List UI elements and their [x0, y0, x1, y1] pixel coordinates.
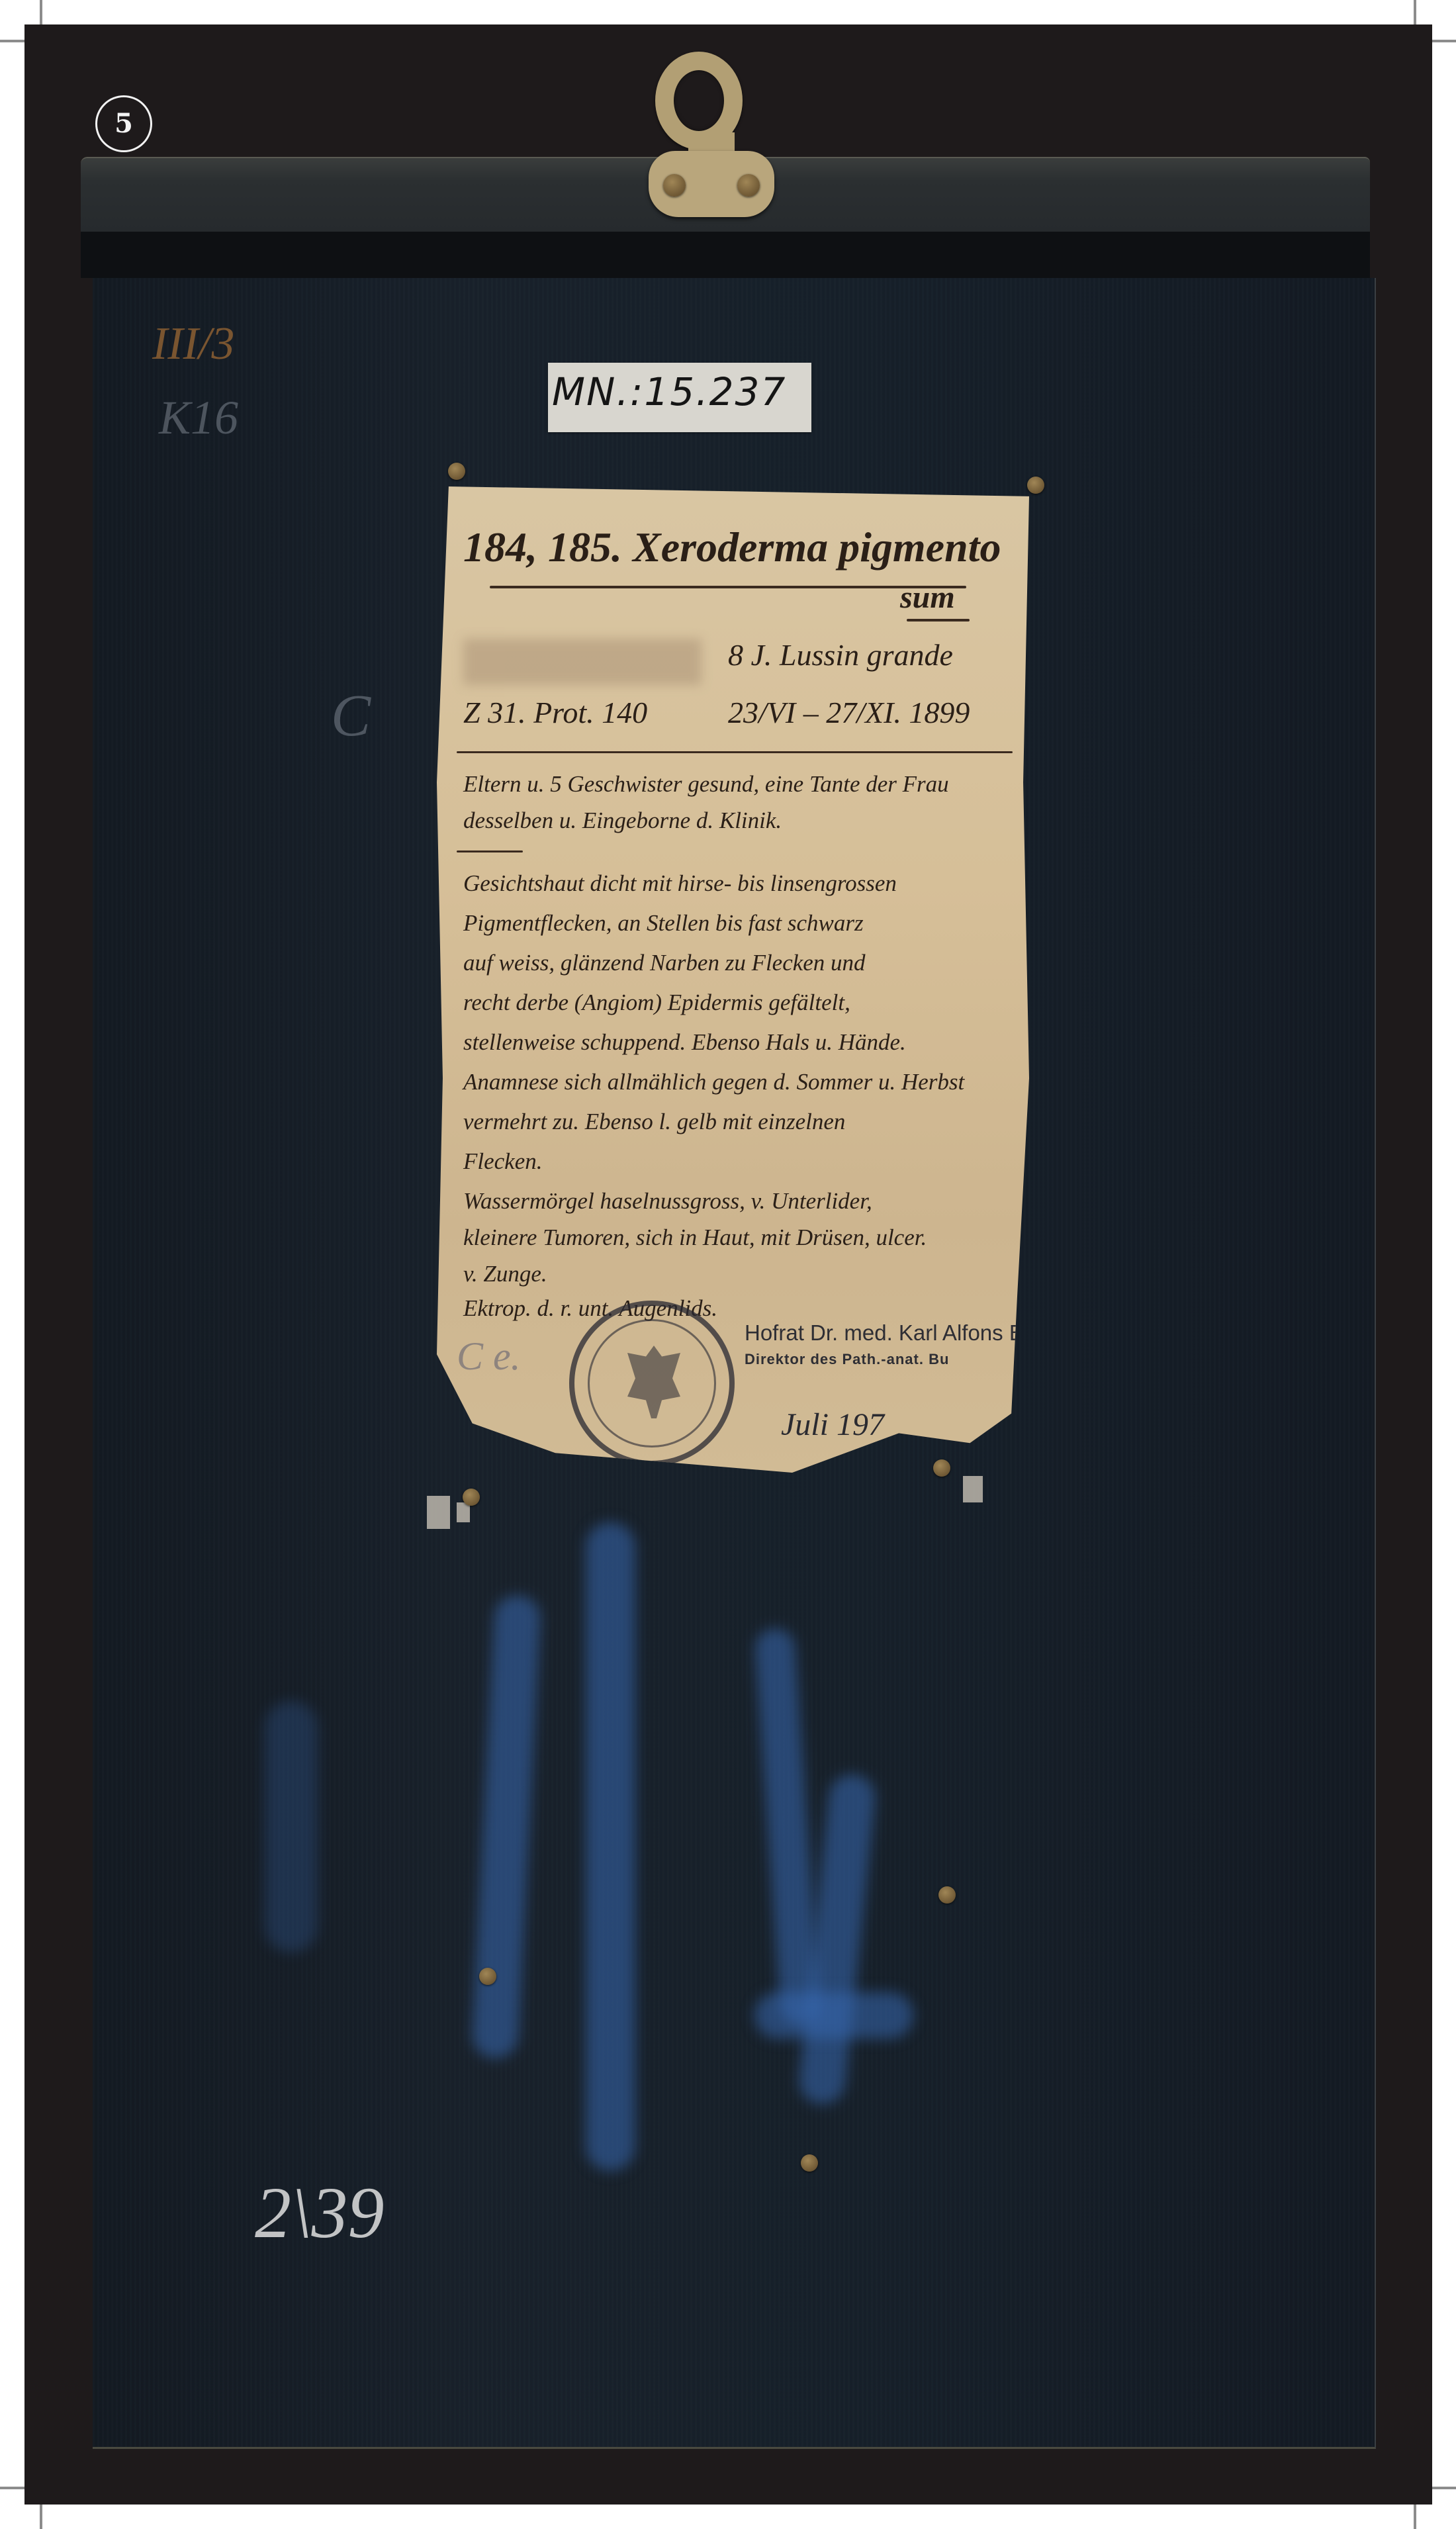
brass-screw: [737, 174, 760, 197]
label-text-line: vermehrt zu. Ebenso l. gelb mit einzelne…: [463, 1109, 1003, 1135]
inventory-tag: MN.:15.237: [548, 363, 811, 432]
figure-number-badge: 5: [95, 95, 152, 152]
label-text-line: desselben u. Eingeborne d. Klinik.: [463, 807, 1003, 834]
white-chalk-marking: C: [331, 682, 371, 750]
redacted-name: [463, 639, 702, 685]
white-chalk-marking: 2\39: [255, 2171, 385, 2255]
label-text-line: v. Zunge.: [463, 1261, 1003, 1287]
label-text-line: Anamnese sich allmählich gegen d. Sommer…: [463, 1069, 1003, 1095]
white-chalk-marking: K16: [159, 391, 238, 445]
label-text-line: Flecken.: [463, 1148, 1003, 1175]
label-text-line: recht derbe (Angiom) Epidermis gefältelt…: [463, 989, 1003, 1016]
title-underline: [907, 619, 970, 621]
inventory-number: MN.:15.237: [552, 369, 786, 414]
eagle-emblem-icon: [627, 1346, 680, 1418]
paint-scrape: [963, 1476, 983, 1502]
paint-scrape: [427, 1496, 450, 1529]
section-divider: [457, 751, 1013, 753]
top-rail-underside: [81, 232, 1370, 278]
label-text-line: Gesichtshaut dicht mit hirse- bis linsen…: [463, 870, 1003, 897]
label-text-line: stellenweise schuppend. Ebenso Hals u. H…: [463, 1029, 1003, 1056]
paint-scrape: [457, 1502, 470, 1522]
brass-screw: [933, 1459, 950, 1477]
label-text-line: auf weiss, glänzend Narben zu Flecken un…: [463, 950, 1003, 976]
brass-screw: [663, 174, 686, 197]
director-title: Direktor des Path.-anat. Bu: [745, 1351, 1024, 1368]
brass-screw: [479, 1968, 496, 1985]
blue-chalk-mark: [471, 1594, 542, 2060]
section-divider: [457, 851, 523, 852]
label-text-line: Wassermörgel haselnussgross, v. Unterlid…: [463, 1188, 1003, 1215]
label-dates: 23/VI – 27/XI. 1899: [728, 695, 1003, 730]
title-underline: [490, 586, 966, 588]
label-text-line: Ektrop. d. r. unt. Augenlids.: [463, 1295, 1003, 1322]
brown-pencil-marking: III/3: [152, 318, 234, 371]
label-text-line: Pigmentflecken, an Stellen bis fast schw…: [463, 910, 1003, 937]
brass-screw: [1027, 477, 1044, 494]
blue-chalk-mark: [586, 1522, 635, 2171]
hanging-hook-plate: [649, 151, 774, 217]
director-name: Hofrat Dr. med. Karl Alfons B: [745, 1320, 1024, 1346]
printed-director-stamp: Hofrat Dr. med. Karl Alfons B Direktor d…: [745, 1320, 1024, 1368]
handwritten-specimen-label: 184, 185. Xeroderma pigmento sum 8 J. Lu…: [437, 486, 1029, 1473]
institution-stamp: [569, 1301, 735, 1466]
blue-chalk-mark: [754, 1992, 913, 2039]
label-text-line: kleinere Tumoren, sich in Haut, mit Drüs…: [463, 1224, 1003, 1251]
brass-screw: [448, 463, 465, 480]
brass-screw: [463, 1489, 480, 1506]
brass-screw: [938, 1886, 956, 1904]
signature-date: Juli 197: [781, 1406, 884, 1443]
blue-chalk-mark: [265, 1701, 318, 1953]
label-text-line: Eltern u. 5 Geschwister gesund, eine Tan…: [463, 771, 1003, 798]
pencil-mark: C e.: [457, 1334, 521, 1379]
brass-screw: [801, 2154, 818, 2172]
label-origin: 8 J. Lussin grande: [728, 637, 1003, 672]
label-title-continuation: sum: [900, 579, 1003, 616]
label-title: 184, 185. Xeroderma pigmento: [463, 523, 1003, 572]
